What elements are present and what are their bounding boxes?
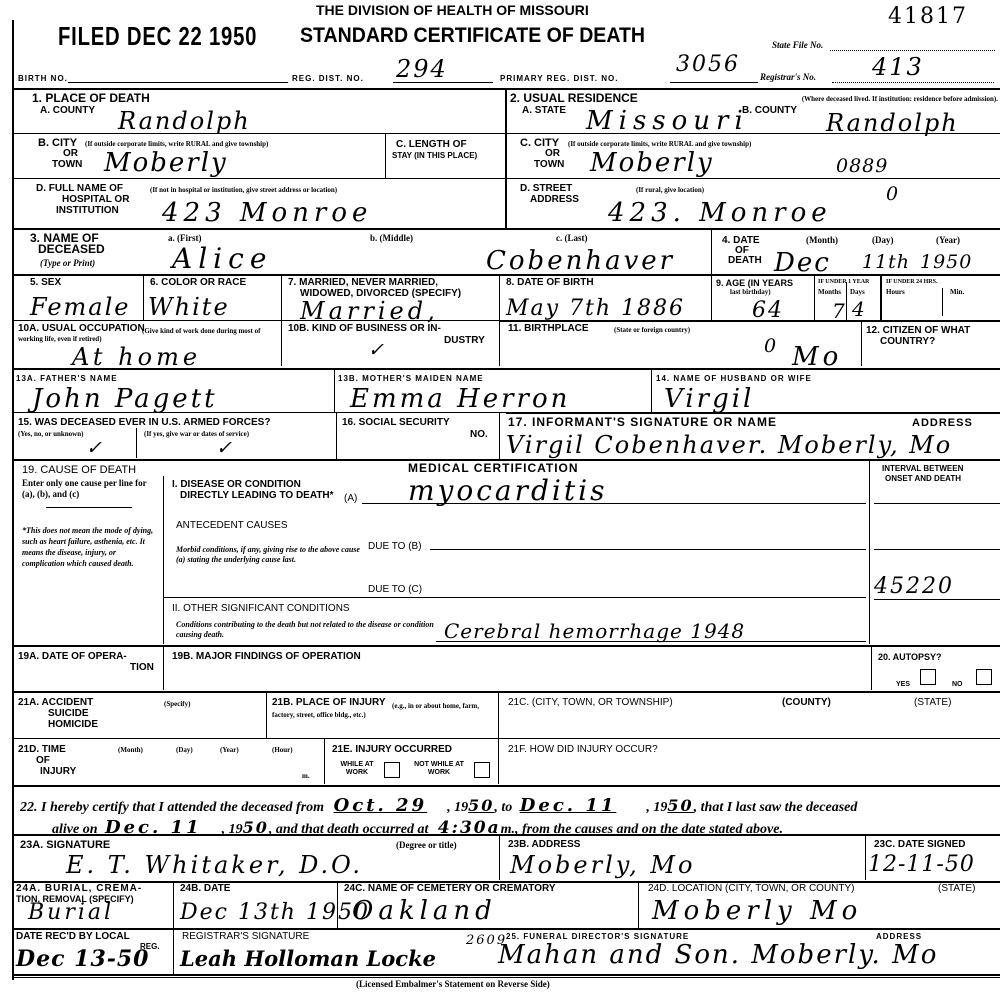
primary-reg-dist-label: PRIMARY REG. DIST. NO. [500,74,618,84]
under-day-label: IF UNDER 24 HRS. [886,278,937,286]
location-label: 24d. LOCATION (City, town, or county) [648,884,855,894]
birth-no-label: BIRTH NO. [18,74,68,84]
state-file-line [830,50,995,51]
date-recd-label: DATE REC'D BY LOCAL [16,932,130,942]
business-birthplace-divider [499,320,500,366]
part1-label2: DIRECTLY LEADING TO DEATH* [180,491,334,501]
pod-hospital-label: d. FULL NAME OF [36,184,123,194]
res-street-label: d. STREET [520,184,572,194]
time-injury-label2: OF [36,756,50,766]
cert-address-value: Moberly, Mo [510,852,695,878]
armed-forces-hint1: (Yes, no, or unknown) [18,430,83,438]
registrar-no-line [832,82,994,83]
injury-divider-4 [498,738,499,784]
injury-hour-label: (Hour) [272,746,293,754]
citizen-label: 12. CITIZEN OF WHAT [866,326,970,336]
bottom-rule [12,974,1000,976]
primary-reg-dist-line [670,82,758,83]
age-label: 9. AGE (In years [716,278,793,288]
row10-divider-left [12,320,506,321]
pod-city-value: Moberly [104,150,228,176]
res-street-mark: 0 [886,184,899,204]
cert-from-date: Oct. 29 [328,795,448,816]
middle-name-label: b. (Middle) [370,234,413,242]
date-death-divider [711,228,712,274]
res-divider-2 [505,178,1000,179]
pod-hospital-label2: HOSPITAL OR [62,195,129,205]
filed-stamp: FILED DEC 22 1950 [58,22,257,50]
sex-label: 5. SEX [30,278,61,288]
injury-divider [12,691,1000,693]
while-at-work-checkbox[interactable] [384,762,400,778]
months-label: Months [818,288,841,296]
not-while-at-work-label: NOT WHILE AT WORK [406,761,472,777]
interval-rule-2 [874,549,1000,550]
cert-to-date: Dec. 11 [516,795,647,816]
min-label: Min. [950,288,964,296]
while-at-work-label: WHILE AT WORK [332,761,382,777]
part2-label: II. OTHER SIGNIFICANT CONDITIONS [172,604,350,614]
age-label2: last birthday) [730,288,771,296]
pod-county-value: Randolph [118,108,251,134]
funeral-value: Mahan and Son. Moberly. Mo [498,942,938,968]
birthplace-label: 11. BIRTHPLACE [508,324,589,334]
armed-forces-hint2: (If yes, give war or dates of service) [144,430,249,438]
business-label: 10b. KIND OF BUSINESS OR IN- [288,324,441,334]
armed-ssn-divider [336,412,337,460]
father-value: John Pagett [32,386,218,412]
pod-stay-label: STAY (in this place) [392,151,477,161]
last-name-value: Cobenhaver [486,248,675,274]
accident-label: 21a. ACCIDENT [18,698,93,708]
how-injury-label: 21f. HOW DID INJURY OCCUR? [508,745,658,755]
signature-label: 23a. SIGNATURE [20,840,110,850]
cemetery-value: Oakland [352,898,497,924]
age-days-value: 4 [852,296,867,322]
informant-label: 17. INFORMANT'S SIGNATURE OR NAME [508,416,777,428]
res-city-or: OR [545,149,560,159]
signature-divider [12,834,1000,836]
burial-date-value: Dec 13th 1950 [180,900,370,926]
burial-divider-2 [337,882,338,928]
autopsy-yes-label: YES [896,680,910,690]
pod-city-hint: (If outside corporate limits, write RURA… [85,140,385,148]
date-signed-label: 23c. DATE SIGNED [874,840,966,850]
mother-label: 13b. MOTHER'S MAIDEN NAME [338,374,484,384]
death-year-label: (Year) [936,236,960,244]
reg-dist-label: REG. DIST. NO. [292,74,364,84]
res-divider-1 [505,133,1000,134]
marital-dob-divider [499,274,500,320]
injury-m-label: m. [302,772,310,780]
res-city-hint: (If outside corporate limits, write RURA… [568,140,751,148]
injury-divider-2 [498,692,499,738]
race-label: 6. COLOR OR RACE [150,278,246,288]
signature-value: E. T. Whitaker, D.O. [66,852,363,878]
registrar-divider-1 [173,928,174,974]
res-city-code: 0889 [836,156,888,176]
section3-divider [12,228,1000,230]
line-a-label: (a) [344,494,357,504]
res-street-value: 423. Monroe [608,200,832,226]
accident-label3: HOMICIDE [48,720,98,730]
operation-findings-label: 19b. MAJOR FINDINGS OF OPERATION [172,652,361,662]
occupation-hint: (Give kind of work done during most of w… [18,327,280,343]
injury-row2-divider [12,738,1000,739]
burial-date-label: 24b. DATE [180,884,230,894]
res-city-value: Moberly [590,150,714,176]
birthplace-hint: (State or foreign country) [614,326,690,334]
cause-column-divider [163,476,164,644]
reg-dist-value: 294 [396,56,448,82]
line-a-rule [362,503,866,504]
row13-divider [12,368,1000,370]
cert-line-2: alive on Dec. 11, 1950, and that death o… [52,815,783,841]
antecedent-label: ANTECEDENT CAUSES [176,521,288,531]
res-county-label: b. COUNTY [742,106,797,116]
time-injury-label: 21d. TIME [18,745,66,755]
sex-value: Female [30,294,131,320]
spouse-value: Virgil [664,386,754,412]
birthplace-value: Mo [792,344,842,370]
pod-city-label: b. CITY [38,138,77,148]
medical-title: MEDICAL CERTIFICATION [408,462,579,474]
location-value: Moberly Mo [652,898,862,924]
interval-label: INTERVAL BETWEEN [882,464,963,474]
injury-city-label: 21c. (CITY, TOWN, OR TOWNSHIP) [508,698,673,708]
registrar-no-value: 413 [872,54,924,80]
page-title: STANDARD CERTIFICATE OF DEATH [300,24,645,48]
cause-hint: Enter only one cause per line for (a), (… [22,478,158,500]
birthplace-mark: 0 [764,336,777,356]
res-state-label: a. STATE [522,106,566,116]
burial-divider-3 [638,882,639,928]
address-date-divider [865,834,866,880]
part2-hint: Conditions contributing to the death but… [176,620,436,640]
place-injury-hint: (e.g., in or about home, farm, factory, … [272,702,496,720]
date-recd-value: Dec 13-50 [16,946,150,972]
res-city-label: c. CITY [520,138,559,148]
injury-county-label: (COUNTY) [782,698,831,708]
marital-label: 7. MARRIED, NEVER MARRIED, [288,278,438,288]
sex-race-divider [143,274,144,320]
name-label2: DECEASED [38,243,105,255]
operation-date-label2: TION [130,663,154,673]
dob-label: 8. DATE OF BIRTH [506,278,594,288]
armed-forces-value1: ✓ [86,438,103,458]
antecedent-hint: Morbid conditions, if any, giving rise t… [176,545,366,565]
injury-day-label: (Day) [176,746,193,754]
injury-month-label: (Month) [118,746,143,754]
line-b-rule [430,549,866,550]
pod-stay-divider [385,134,386,178]
cause-note: *This does not mean the mode of dying, s… [22,525,158,569]
pod-divider-1 [14,133,505,134]
autopsy-label: 20. AUTOPSY? [878,652,942,662]
first-name-value: Alice [172,246,272,272]
hours-label: Hours [886,288,905,296]
date-signed-value: 12-11-50 [868,852,975,878]
hours-min-divider [942,288,943,316]
burial-type-label: 24a. BURIAL, CREMA- [16,884,142,894]
informant-value: Virgil Cobenhaver. Moberly, Mo [506,432,952,458]
race-marital-divider [281,274,282,320]
operation-divider [12,645,1000,647]
autopsy-yes-checkbox[interactable] [920,669,936,685]
age-hours-divider [880,276,882,320]
last-name-label: c. (Last) [556,234,588,242]
dob-value: May 7th 1886 [506,296,685,322]
death-month-value: Dec [774,250,831,276]
age-days-divider [846,282,847,320]
birthplace-citizen-divider [861,320,862,366]
due-to-c-label: DUE TO (c) [368,585,422,595]
ssn-label2: NO. [470,430,488,440]
registrar-sig-label: REGISTRAR'S SIGNATURE [182,932,309,942]
row5-divider [12,274,1000,276]
not-while-at-work-checkbox[interactable] [474,762,490,778]
pod-length-label: c. LENGTH OF [396,140,467,150]
mother-spouse-divider [651,368,652,412]
occurred-label: 21e. INJURY OCCURRED [332,745,452,755]
informant-address-label: ADDRESS [912,418,973,428]
part1-label: I. DISEASE OR CONDITION [172,480,301,490]
race-value: White [148,294,230,320]
signature-address-divider [499,834,500,880]
under-year-label: IF UNDER 1 YEAR [818,278,869,286]
line-c-rule [164,597,866,598]
row10-divider-right [499,320,1000,322]
pod-hospital-value: 423 Monroe [162,200,372,226]
interval-rule-1 [874,503,1000,504]
interval-value: 45220 [874,574,954,600]
interval-divider [869,459,870,644]
birth-no-line [68,82,288,83]
res-city-town: TOWN [534,160,564,170]
due-to-b-label: DUE TO (b) [368,542,422,552]
res-street-label2: ADDRESS [530,195,579,205]
father-mother-divider [334,368,335,412]
part2-rule [436,641,866,642]
interval-label2: ONSET AND DEATH [885,474,961,484]
autopsy-no-checkbox[interactable] [976,669,992,685]
spouse-label: 14. NAME OF HUSBAND OR WIFE [656,374,812,384]
business-label2: DUSTRY [444,336,485,346]
pod-divider-2 [14,178,505,179]
location-state-label: (State) [938,884,975,894]
occ-business-divider [281,320,282,366]
burial-divider-1 [173,882,174,928]
residence-hint: (Where deceased lived. If institution: r… [702,95,998,103]
autopsy-no-label: NO [952,680,963,690]
pod-city-or: OR [63,149,78,159]
injury-divider-3 [324,738,325,784]
days-label: Days [850,288,865,296]
dob-age-divider [711,274,712,320]
pod-hospital-hint: (If not in hospital or institution, give… [150,186,337,194]
citizen-label2: COUNTRY? [880,337,935,347]
interval-rule-3 [874,599,1000,600]
res-street-hint: (If rural, give location) [636,186,704,194]
accident-label2: SUICIDE [48,709,89,719]
death-day-value: 11th [862,252,910,272]
place-of-death-heading: 1. PLACE OF DEATH [32,92,150,104]
father-label: 13a. FATHER'S NAME [16,374,118,384]
operation-date-label: 19a. DATE OF OPERA- [18,652,127,662]
registrar-sig-value: Leah Holloman Locke [180,946,436,972]
degree-label: (Degree or title) [396,841,457,849]
cause-label: 19. CAUSE OF DEATH [22,465,136,475]
registrar-no-label: Registrar's No. [760,72,816,82]
pod-city-town: TOWN [52,160,82,170]
bottom-rule-2 [12,977,1000,978]
pod-hospital-label3: INSTITUTION [56,206,119,216]
first-name-label: a. (First) [168,234,202,242]
division-heading: THE DIVISION OF HEALTH OF MISSOURI [316,2,589,18]
left-border [12,20,14,980]
injury-divider-1 [266,692,267,738]
reg-dist-line [393,82,493,83]
row15-divider-right [506,412,1000,414]
armed-forces-value2: ✓ [216,438,233,458]
state-file-label: State File No. [772,40,823,50]
cert-from-year: 50 [468,796,494,815]
footer-note: (Licensed Embalmer's Statement on Revers… [356,980,550,988]
cemetery-label: 24c. NAME OF CEMETERY OR CREMATORY [344,884,556,894]
autopsy-divider [871,646,872,690]
pod-county-label: a. COUNTY [40,106,95,116]
armed-forces-divider [136,428,137,458]
primary-reg-dist-value: 3056 [676,52,740,78]
name-label3: (Type or Print) [40,258,95,268]
armed-forces-label: 15. WAS DECEASED EVER IN U.S. ARMED FORC… [18,418,270,428]
injury-year-label: (Year) [220,746,239,754]
injury-state-label: (STATE) [914,698,951,708]
operation-divider-1 [163,646,164,690]
line-a-value: myocarditis [408,478,607,504]
cause-note-rule [46,507,132,508]
state-file-number-stamp: 41817 [888,4,968,29]
res-state-value: Missouri [586,108,749,134]
ssn-label: 16. SOCIAL SECURITY [342,418,450,428]
occupation-value: At home [72,344,201,370]
business-value: ✓ [368,340,385,360]
burial-type-value: Burial [28,900,114,926]
residence-heading: 2. USUAL RESIDENCE [510,92,638,104]
time-injury-label3: INJURY [40,767,76,777]
death-month-label: (Month) [806,236,838,244]
certification-divider [12,785,1000,787]
ssn-informant-divider [499,412,500,460]
age-months-divider [814,276,815,320]
date-death-label3: DEATH [728,256,762,266]
accident-specify: (Specify) [164,700,190,708]
cert-address-label: 23b. ADDRESS [508,840,580,850]
row15-divider-left [12,412,506,413]
death-year-value: 1950 [920,252,972,272]
death-day-label: (Day) [872,236,894,244]
cert-to-year: 50 [667,796,693,815]
mother-value: Emma Herron [350,386,570,412]
section1-2-divider [505,88,507,228]
